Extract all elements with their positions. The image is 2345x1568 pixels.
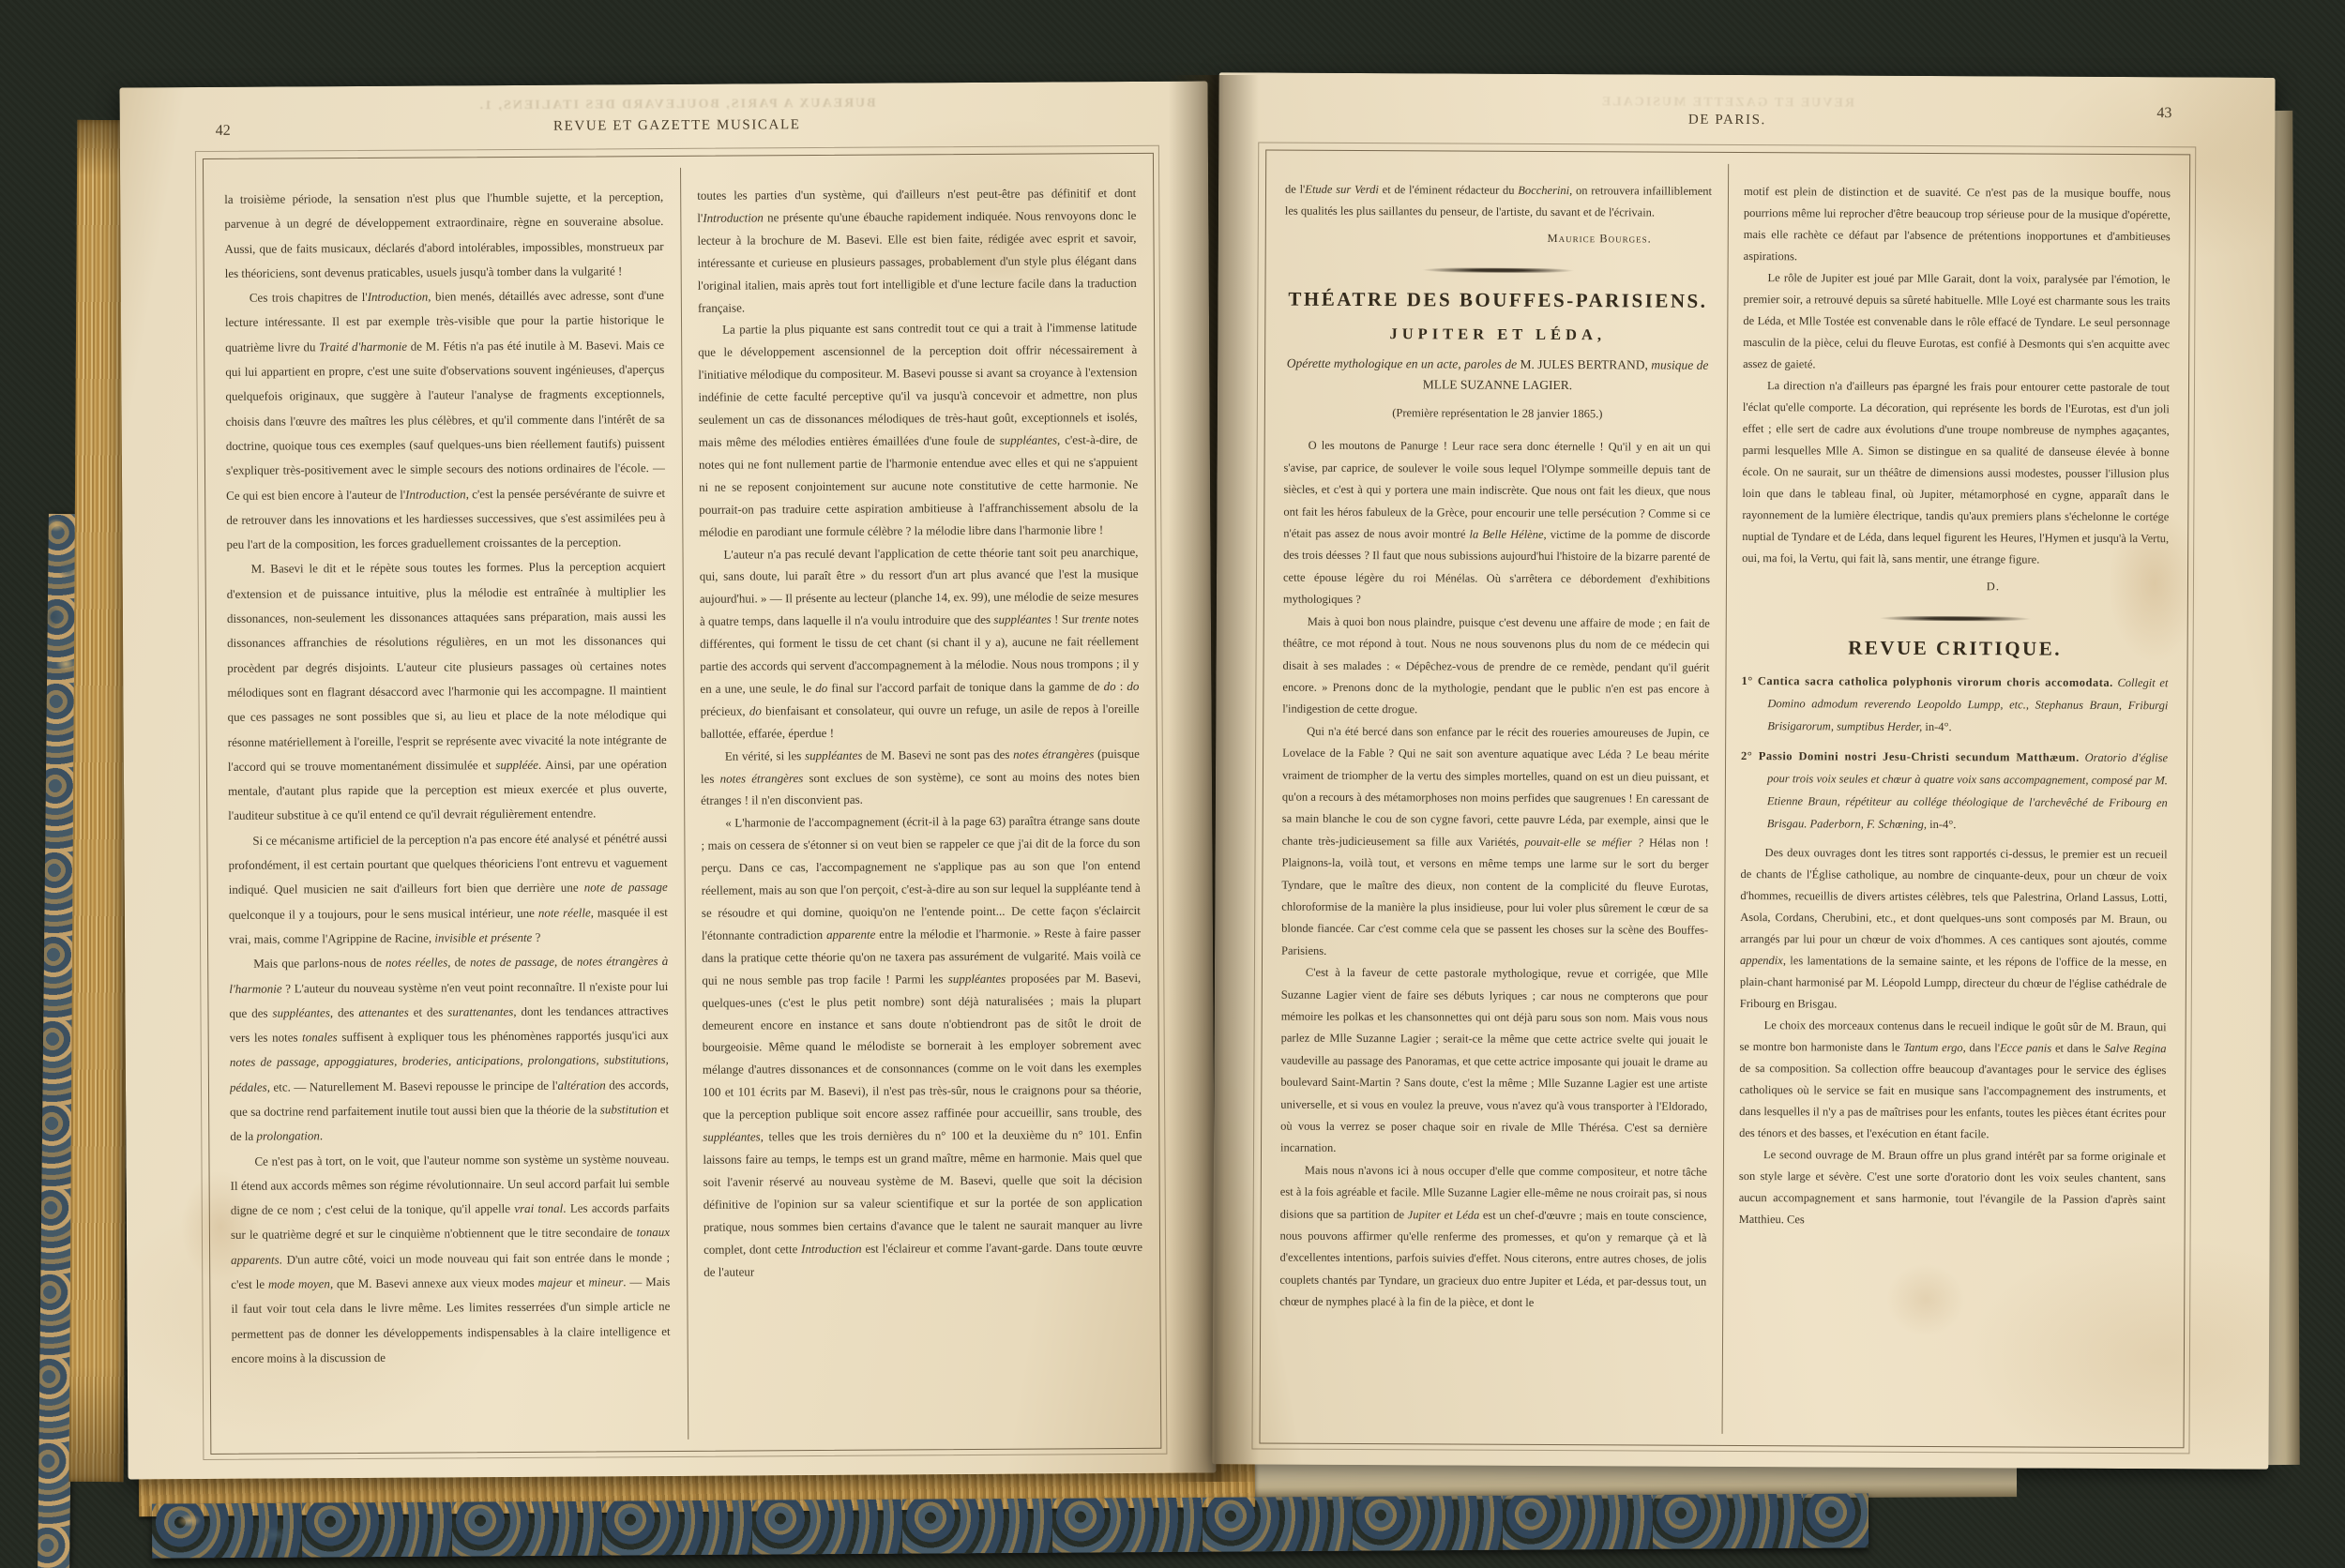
- paragraph: Des deux ouvrages dont les titres sont r…: [1740, 842, 2168, 1017]
- text-column: toutes les parties d'un système, qui d'a…: [697, 182, 1143, 1430]
- book-scan: { "scan": { "background_color": "#242921…: [0, 0, 2345, 1568]
- column-rule: [1722, 164, 1730, 1434]
- paragraph: toutes les parties d'un système, qui d'a…: [697, 182, 1137, 319]
- text-column: motif est plein de distinction et de sua…: [1738, 181, 2171, 1426]
- paragraph: Mais à quoi bon nous plaindre, puisque c…: [1282, 611, 1710, 722]
- paragraph: La partie la plus piquante est sans cont…: [698, 316, 1138, 543]
- paragraph: Ce n'est pas à tort, on le voit, que l'a…: [230, 1147, 670, 1372]
- right-page: REVUE ET GAZETTE MUSICALE DE PARIS. 43 d…: [1212, 72, 2275, 1469]
- paragraph: de l'Etude sur Verdi et de l'éminent réd…: [1285, 179, 1712, 225]
- author-signature: D.: [1742, 575, 2169, 598]
- paragraph: la troisième période, la sensation n'est…: [224, 185, 664, 286]
- paragraph: Ces trois chapitres de l'Introduction, b…: [225, 283, 666, 557]
- paragraph: C'est à la faveur de cette pastorale myt…: [1280, 962, 1708, 1162]
- article-subheading: JUPITER ET LÉDA,: [1284, 322, 1711, 346]
- paragraph: Le choix des morceaux contenus dans le r…: [1739, 1015, 2167, 1146]
- section-heading: REVUE CRITIQUE.: [1742, 637, 2169, 660]
- book-gutter-shadow: [1169, 75, 1259, 1482]
- bleed-through-text: BUREAUX A PARIS, BOULEVARD DES ITALIENS,…: [203, 95, 1152, 115]
- text-column: de l'Etude sur Verdi et de l'éminent réd…: [1279, 179, 1712, 1425]
- page-number-right: 43: [2156, 105, 2171, 122]
- author-signature: Maurice Bourges.: [1285, 226, 1712, 250]
- running-title-left: REVUE ET GAZETTE MUSICALE: [203, 115, 1152, 137]
- paragraph: Le rôle de Jupiter est joué par Mlle Gar…: [1743, 267, 2171, 377]
- paragraph: Si ce mécanisme artificiel de la percept…: [228, 826, 668, 952]
- text-frame-right: de l'Etude sur Verdi et de l'éminent réd…: [1259, 150, 2190, 1449]
- article-byline: Opérette mythologique en un acte, parole…: [1284, 354, 1711, 397]
- paragraph: En vérité, si les suppléantes de M. Base…: [701, 743, 1140, 813]
- left-page: BUREAUX A PARIS, BOULEVARD DES ITALIENS,…: [119, 81, 1216, 1479]
- paragraph: Le second ouvrage de M. Braun offre un p…: [1739, 1144, 2166, 1232]
- paragraph: L'auteur n'a pas reculé devant l'applica…: [699, 540, 1139, 745]
- review-item: 1° Cantica sacra catholica polyphonis vi…: [1741, 670, 2168, 739]
- column-rule: [680, 168, 688, 1440]
- paragraph: M. Basevi le dit et le répète sous toute…: [227, 554, 668, 828]
- bleed-through-text: REVUE ET GAZETTE MUSICALE: [1265, 94, 2188, 113]
- text-column: la troisième période, la sensation n'est…: [224, 185, 671, 1433]
- marbled-edge-bottom: [152, 1493, 1868, 1558]
- premiere-note: (Première représentation le 28 janvier 1…: [1284, 402, 1711, 427]
- paragraph: Mais que parlons-nous de notes réelles, …: [229, 949, 669, 1149]
- section-divider: [1850, 616, 2061, 622]
- paragraph: Mais nous n'avons ici à nous occuper d'e…: [1279, 1159, 1707, 1315]
- paragraph: Qui n'a été bercé dans son enfance par l…: [1281, 720, 1709, 964]
- section-divider: [1393, 267, 1604, 273]
- review-item: 2° Passio Domini nostri Jesu-Christi sec…: [1741, 745, 2168, 837]
- section-heading: THÉATRE DES BOUFFES-PARISIENS.: [1284, 289, 1711, 313]
- paragraph: « L'harmonie de l'accompagnement (écrit-…: [701, 809, 1142, 1283]
- paragraph: La direction n'a d'ailleurs pas épargné …: [1742, 375, 2170, 571]
- text-frame-left: la troisième période, la sensation n'est…: [203, 153, 1161, 1455]
- running-title-right: DE PARIS.: [1265, 111, 2188, 131]
- paragraph: O les moutons de Panurge ! Leur race ser…: [1283, 435, 1711, 612]
- paragraph: motif est plein de distinction et de sua…: [1744, 181, 2171, 269]
